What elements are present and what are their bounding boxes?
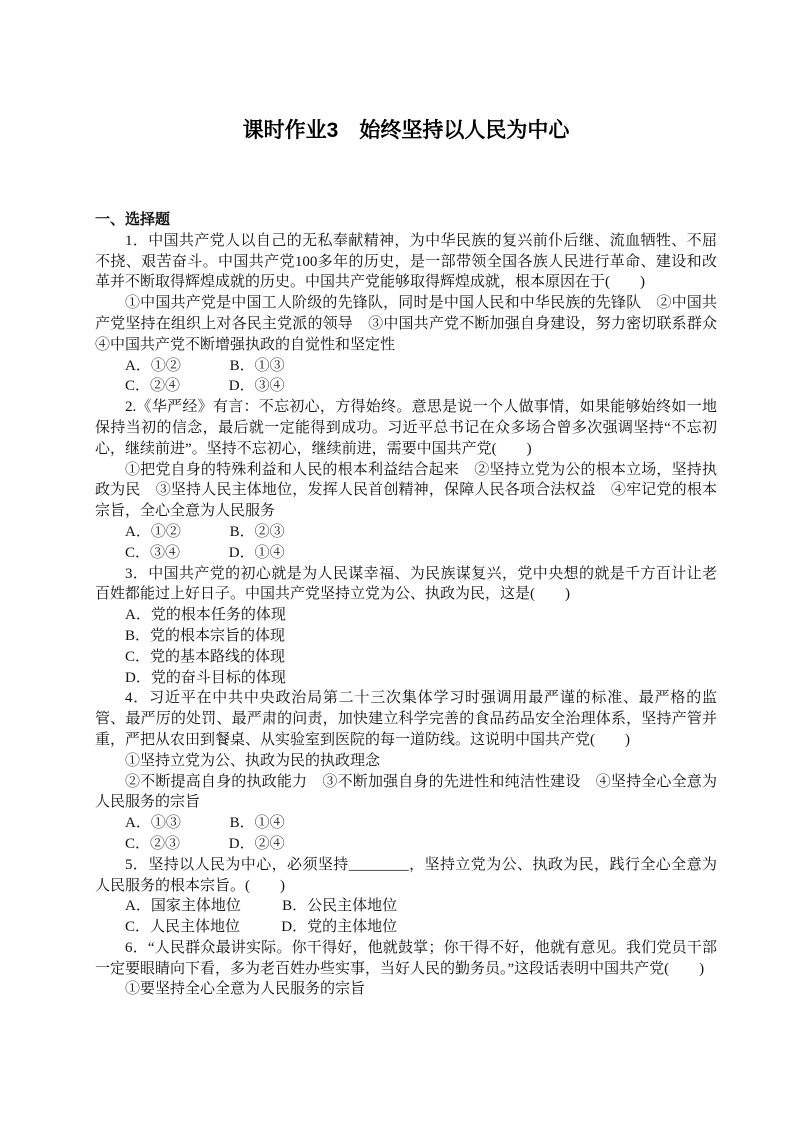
question-1-option-row-1: A．①② B．①③ [95,356,717,377]
question-2-option-row-2: C．③④ D．①④ [95,543,717,564]
question-2-items: ①把党自身的特殊利益和人民的根本利益结合起来 ②坚持立党为公的根本立场，坚持执政… [95,460,717,522]
option-a: A．①③ [125,815,181,831]
question-5: 5．坚持以人民为中心，必须坚持________，坚持立党为公、执政为民，践行全心… [95,855,717,938]
question-1-option-row-2: C．②④ D．③④ [95,376,717,397]
option-d: D．党的奋斗目标的体现 [125,670,286,686]
section-header: 一、选择题 [95,210,717,231]
option-c: C．③④ [125,545,180,561]
option-d: D．党的主体地位 [281,919,397,935]
question-4-items-1: ①坚持立党为公、执政为民的执政理念 [95,751,717,772]
option-c: C．人民主体地位 [125,919,240,935]
option-b: B．①③ [230,358,285,374]
question-4-items-2: ②不断提高自身的执政能力 ③不断加强自身的先进性和纯洁性建设 ④坚持全心全意为人… [95,772,717,814]
question-1-stem: 1．中国共产党人以自己的无私奉献精神，为中华民族的复兴前仆后继、流血牺牲、不屈不… [95,231,717,293]
question-2-stem: 2.《华严经》有言：不忘初心，方得始终。意思是说一个人做事情，如果能够始终如一地… [95,397,717,459]
question-3-option-row-2: B．党的根本宗旨的体现 [95,626,717,647]
document-page: 课时作业3 始终坚持以人民为中心 一、选择题 1．中国共产党人以自己的无私奉献精… [0,0,793,1122]
option-c: C．②③ [125,836,180,852]
question-4: 4．习近平在中共中央政治局第二十三次集体学习时强调用最严谨的标准、最严格的监管、… [95,688,717,854]
option-a: A．①② [125,358,181,374]
question-4-stem: 4．习近平在中共中央政治局第二十三次集体学习时强调用最严谨的标准、最严格的监管、… [95,688,717,750]
question-5-option-row-2: C．人民主体地位 D．党的主体地位 [95,917,717,938]
question-6-items: ①要坚持全心全意为人民服务的宗旨 [95,979,717,1000]
question-6-stem: 6．“人民群众最讲实际。你干得好，他就鼓掌；你干得不好，他就有意见。我们党员干部… [95,938,717,980]
question-3-option-row-4: D．党的奋斗目标的体现 [95,668,717,689]
question-3-option-row-3: C．党的基本路线的体现 [95,647,717,668]
question-5-stem: 5．坚持以人民为中心，必须坚持________，坚持立党为公、执政为民，践行全心… [95,855,717,897]
option-a: A．党的根本任务的体现 [125,607,286,623]
question-3: 3．中国共产党的初心就是为人民谋幸福、为民族谋复兴，党中央想的就是千方百计让老百… [95,564,717,689]
option-b: B．②③ [230,524,285,540]
question-3-stem: 3．中国共产党的初心就是为人民谋幸福、为民族谋复兴，党中央想的就是千方百计让老百… [95,564,717,606]
option-c: C．党的基本路线的体现 [125,649,285,665]
option-c: C．②④ [125,378,180,394]
question-1: 1．中国共产党人以自己的无私奉献精神，为中华民族的复兴前仆后继、流血牺牲、不屈不… [95,231,717,397]
option-a: A．①② [125,524,181,540]
page-title: 课时作业3 始终坚持以人民为中心 [95,118,717,144]
question-1-items: ①中国共产党是中国工人阶级的先锋队，同时是中国人民和中华民族的先锋队 ②中国共产… [95,293,717,355]
question-2: 2.《华严经》有言：不忘初心，方得始终。意思是说一个人做事情，如果能够始终如一地… [95,397,717,563]
option-b: B．①④ [230,815,285,831]
option-d: D．②④ [229,836,285,852]
option-b: B．公民主体地位 [282,898,397,914]
option-d: D．③④ [229,378,285,394]
option-a: A．国家主体地位 [125,898,241,914]
question-4-option-row-1: A．①③ B．①④ [95,813,717,834]
question-4-option-row-2: C．②③ D．②④ [95,834,717,855]
question-5-option-row-1: A．国家主体地位 B．公民主体地位 [95,896,717,917]
page-content: 课时作业3 始终坚持以人民为中心 一、选择题 1．中国共产党人以自己的无私奉献精… [95,0,717,1000]
option-d: D．①④ [229,545,285,561]
question-6: 6．“人民群众最讲实际。你干得好，他就鼓掌；你干得不好，他就有意见。我们党员干部… [95,938,717,1000]
option-b: B．党的根本宗旨的体现 [125,628,285,644]
question-3-option-row-1: A．党的根本任务的体现 [95,605,717,626]
question-2-option-row-1: A．①② B．②③ [95,522,717,543]
